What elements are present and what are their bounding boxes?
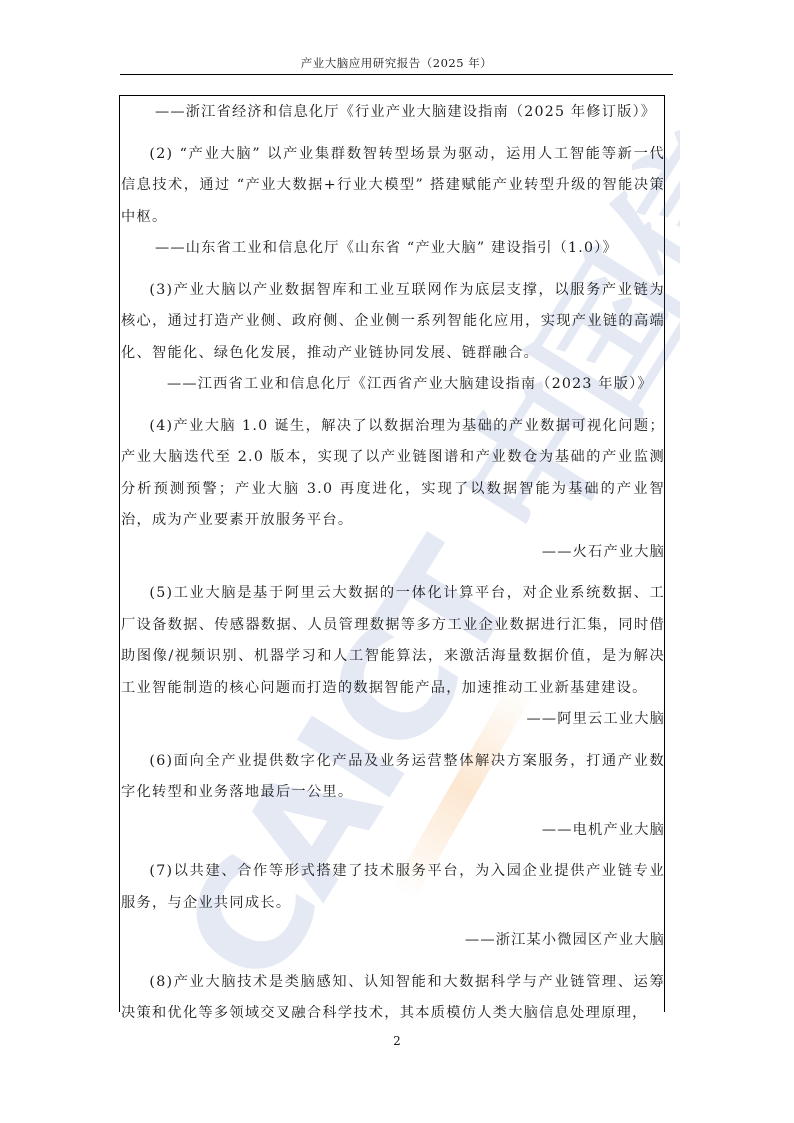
definitions-content: ——浙江省经济和信息化厅《行业产业大脑建设指南（2025 年修订版）》 (2) …: [121, 96, 665, 1030]
page-number: 2: [0, 1034, 794, 1048]
quote-4-text: (4)产业大脑 1.0 诞生，解决了以数据治理为基础的产业数据可视化问题；产业大…: [121, 411, 665, 537]
quote-8-text: (8)产业大脑技术是类脑感知、认知智能和大数据科学与产业链管理、运筹决策和优化等…: [121, 967, 665, 1030]
quote-7-text: (7)以共建、合作等形式搭建了技术服务平台，为入园企业提供产业链专业服务，与企业…: [121, 856, 665, 919]
header-rule: [120, 74, 673, 75]
quote-7-source: ——浙江某小微园区产业大脑: [121, 925, 665, 957]
quote-5-source: ——阿里云工业大脑: [121, 704, 665, 736]
quote-2-text: (2) “产业大脑” 以产业集群数智转型场景为驱动，运用人工智能等新一代信息技术…: [121, 139, 665, 234]
quote-5-text: (5)工业大脑是基于阿里云大数据的一体化计算平台，对企业系统数据、工厂设备数据、…: [121, 578, 665, 704]
quote-1-source: ——浙江省经济和信息化厅《行业产业大脑建设指南（2025 年修订版）》: [121, 97, 665, 129]
quote-6-source: ——电机产业大脑: [121, 815, 665, 847]
running-header: 产业大脑应用研究报告（2025 年）: [120, 55, 673, 71]
quote-3-source: ——江西省工业和信息化厅《江西省产业大脑建设指南（2023 年版）》: [121, 369, 665, 401]
quote-6-text: (6)面向全产业提供数字化产品及业务运营整体解决方案服务，打通产业数字化转型和业…: [121, 746, 665, 809]
quote-2-source: ——山东省工业和信息化厅《山东省 “产业大脑” 建设指引（1.0）》: [121, 233, 665, 265]
quote-3-text: (3)产业大脑以产业数据智库和工业互联网作为底层支撑，以服务产业链为核心，通过打…: [121, 275, 665, 370]
quote-4-source: ——火石产业大脑: [121, 537, 665, 569]
